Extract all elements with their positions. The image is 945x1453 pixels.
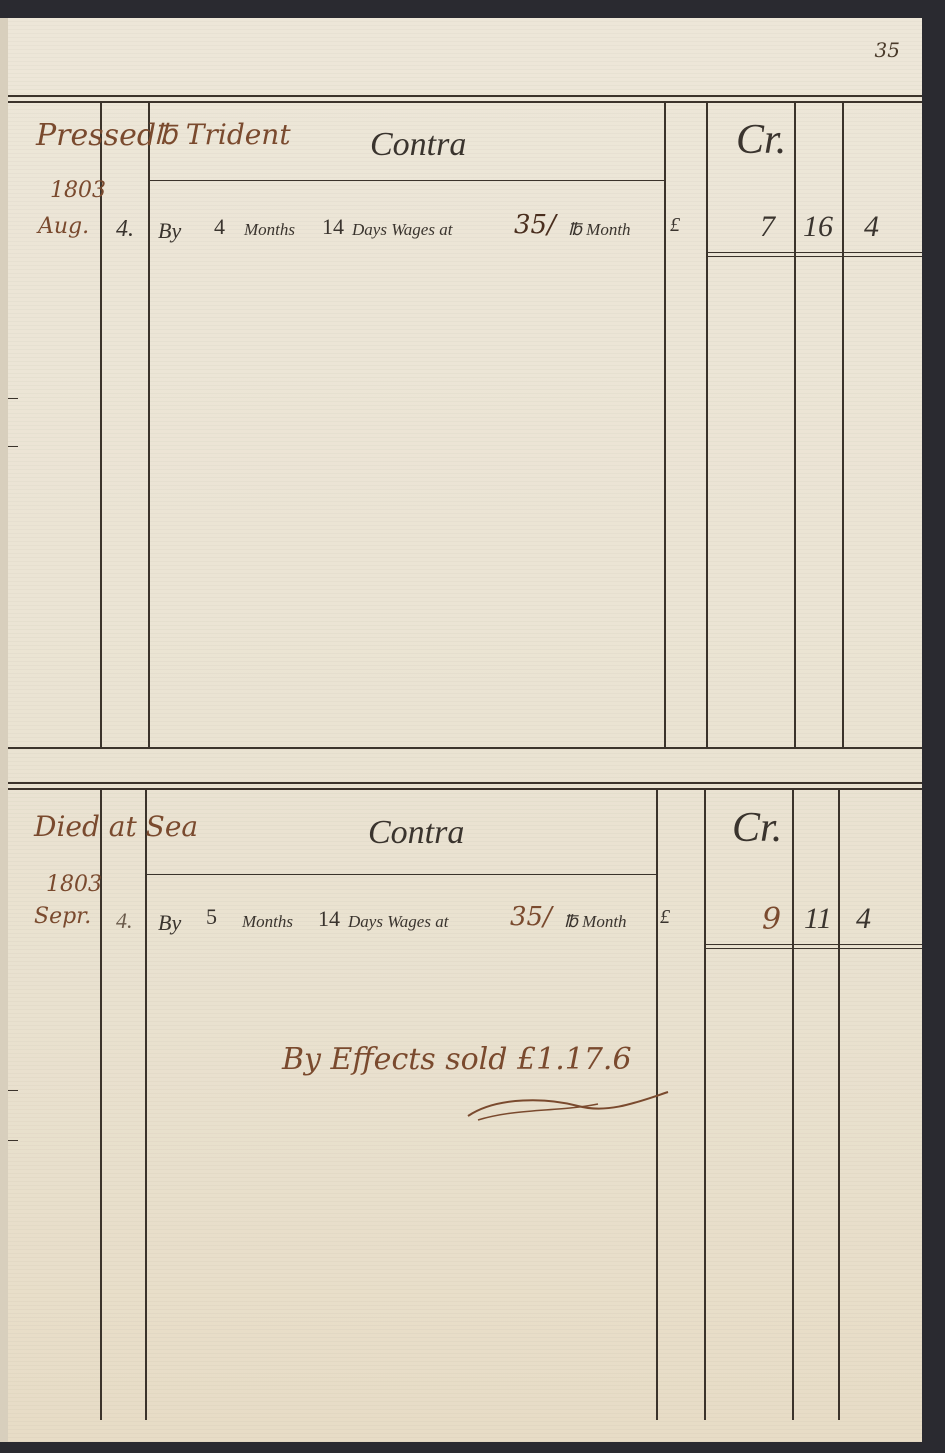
credit-label: Cr. [736, 116, 786, 164]
page-number: 35 [875, 38, 900, 62]
contra-heading: Contra [368, 814, 464, 852]
entry-day: 4. [116, 908, 133, 934]
amount-pence: 4 [864, 210, 879, 244]
entry-currency: £ [670, 214, 680, 237]
entry-rate-label: ℔ Month [564, 912, 627, 932]
entry-days-label: Days Wages at [348, 912, 448, 932]
entry-months: 5 [206, 904, 217, 930]
section-1-top-rule [8, 95, 922, 97]
pence-column-rule [838, 788, 840, 1420]
entry-days: 14 [322, 214, 344, 240]
ship-name: ℔ Trident [154, 118, 291, 151]
amount-pence: 4 [856, 902, 871, 936]
margin-tick [8, 446, 18, 447]
section-1-top-rule-2 [8, 101, 922, 103]
entry-year: 1803 [46, 872, 102, 897]
entry-rate-label: ℔ Month [568, 220, 631, 240]
entry-months: 4 [214, 214, 225, 240]
amount-total-rule-2 [706, 256, 922, 257]
pence-column-rule [842, 101, 844, 747]
entry-rate: 35/ [510, 902, 552, 932]
ledger-page: 35 Pressed ℔ Trident Contra Cr. 1803 Aug… [8, 18, 922, 1442]
effects-sold-note: By Effects sold £1.17.6 [282, 1042, 632, 1077]
heading-underline [148, 180, 664, 181]
section-2-top-rule [8, 782, 922, 784]
pounds-column-rule [706, 101, 708, 747]
amount-shillings: 11 [804, 902, 832, 936]
margin-tick [8, 1140, 18, 1141]
entry-month: Sepr. [34, 904, 91, 929]
amount-shillings: 16 [803, 210, 833, 244]
amount-total-rule [704, 944, 922, 945]
amount-total-rule-2 [704, 948, 922, 949]
amount-pounds: 7 [760, 210, 775, 244]
shillings-column-rule [792, 788, 794, 1420]
day-column-rule [148, 101, 150, 747]
entry-currency: £ [660, 906, 670, 929]
status-died-at-sea: Died at Sea [34, 810, 198, 843]
contra-heading: Contra [370, 126, 466, 164]
amount-pounds: 9 [762, 902, 781, 937]
entry-prefix: By [158, 910, 181, 936]
entry-days-label: Days Wages at [352, 220, 452, 240]
entry-month: Aug. [38, 214, 89, 239]
entry-year: 1803 [50, 178, 106, 203]
entry-days: 14 [318, 906, 340, 932]
entry-rate: 35/ [514, 210, 556, 240]
entry-months-label: Months [242, 912, 293, 932]
heading-underline [145, 874, 656, 875]
entry-months-label: Months [244, 220, 295, 240]
margin-tick [8, 1090, 18, 1091]
folio-column-rule [664, 101, 666, 747]
shillings-column-rule [794, 101, 796, 747]
section-1-bottom-rule [8, 747, 922, 749]
entry-prefix: By [158, 218, 181, 244]
credit-label: Cr. [732, 804, 782, 852]
underline-flourish [458, 1086, 678, 1126]
pounds-column-rule [704, 788, 706, 1420]
amount-total-rule [706, 252, 922, 253]
margin-tick [8, 398, 18, 399]
entry-day: 4. [116, 216, 134, 243]
status-pressed: Pressed [36, 118, 156, 153]
day-column-rule [145, 788, 147, 1420]
